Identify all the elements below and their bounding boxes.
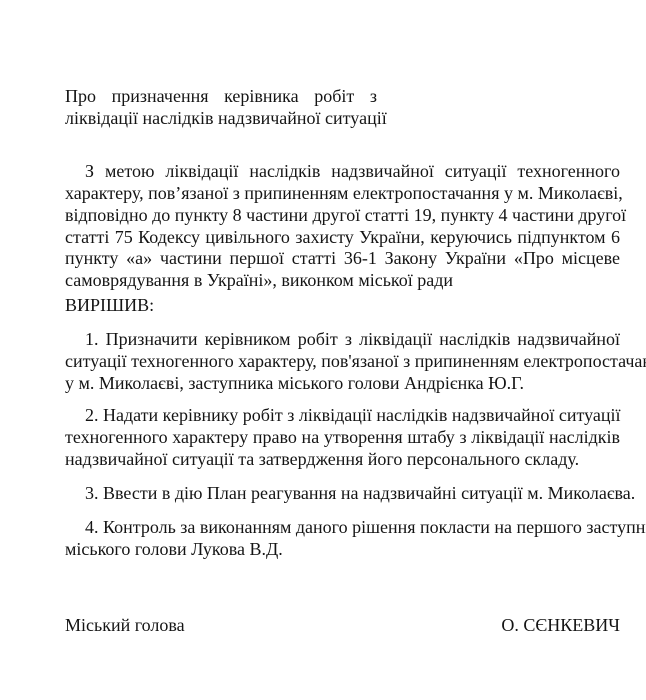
text-line: пункту «а» частини першої статті 36-1 За…	[65, 248, 620, 270]
text-line: ситуації техногенного характеру, пов'яза…	[65, 351, 620, 373]
resolved-heading: ВИРІШИВ:	[65, 295, 620, 317]
text-line: Про призначення керівника робіт з	[65, 86, 377, 108]
text-line: 3. Ввести в дію План реагування на надзв…	[65, 483, 620, 505]
decision-item-1: 1. Призначити керівником робіт з ліквіда…	[65, 329, 620, 394]
text-line: міського голови Лукова В.Д.	[65, 539, 620, 561]
text-line: самоврядування в Україні», виконком місь…	[65, 270, 620, 292]
document-page: Про призначення керівника робіт зліквіда…	[0, 0, 646, 700]
text-line: 1. Призначити керівником робіт з ліквіда…	[65, 329, 620, 351]
text-line: ліквідації наслідків надзвичайної ситуац…	[65, 108, 377, 130]
text-line: у м. Миколаєві, заступника міського голо…	[65, 373, 620, 395]
text-line: характеру, пов’язаної з припиненням елек…	[65, 183, 620, 205]
decision-item-2: 2. Надати керівнику робіт з ліквідації н…	[65, 405, 620, 470]
text-line: статті 75 Кодексу цивільного захисту Укр…	[65, 227, 620, 249]
text-line: 4. Контроль за виконанням даного рішення…	[65, 517, 620, 539]
signatory-name: О. СЄНКЕВИЧ	[501, 615, 620, 637]
text-line: надзвичайної ситуації та затвердження йо…	[65, 449, 620, 471]
signatory-position: Міський голова	[65, 615, 185, 637]
decision-item-4: 4. Контроль за виконанням даного рішення…	[65, 517, 620, 560]
text-line: 2. Надати керівнику робіт з ліквідації н…	[65, 405, 620, 427]
text-line: техногенного характеру право на утворенн…	[65, 427, 620, 449]
document-title: Про призначення керівника робіт зліквіда…	[65, 86, 377, 129]
text-line: З метою ліквідації наслідків надзвичайно…	[65, 161, 620, 183]
decision-item-3: 3. Ввести в дію План реагування на надзв…	[65, 483, 620, 505]
text-line: відповідно до пункту 8 частини другої ст…	[65, 205, 620, 227]
signature-row: Міський голова О. СЄНКЕВИЧ	[65, 615, 620, 637]
preamble-paragraph: З метою ліквідації наслідків надзвичайно…	[65, 161, 620, 291]
